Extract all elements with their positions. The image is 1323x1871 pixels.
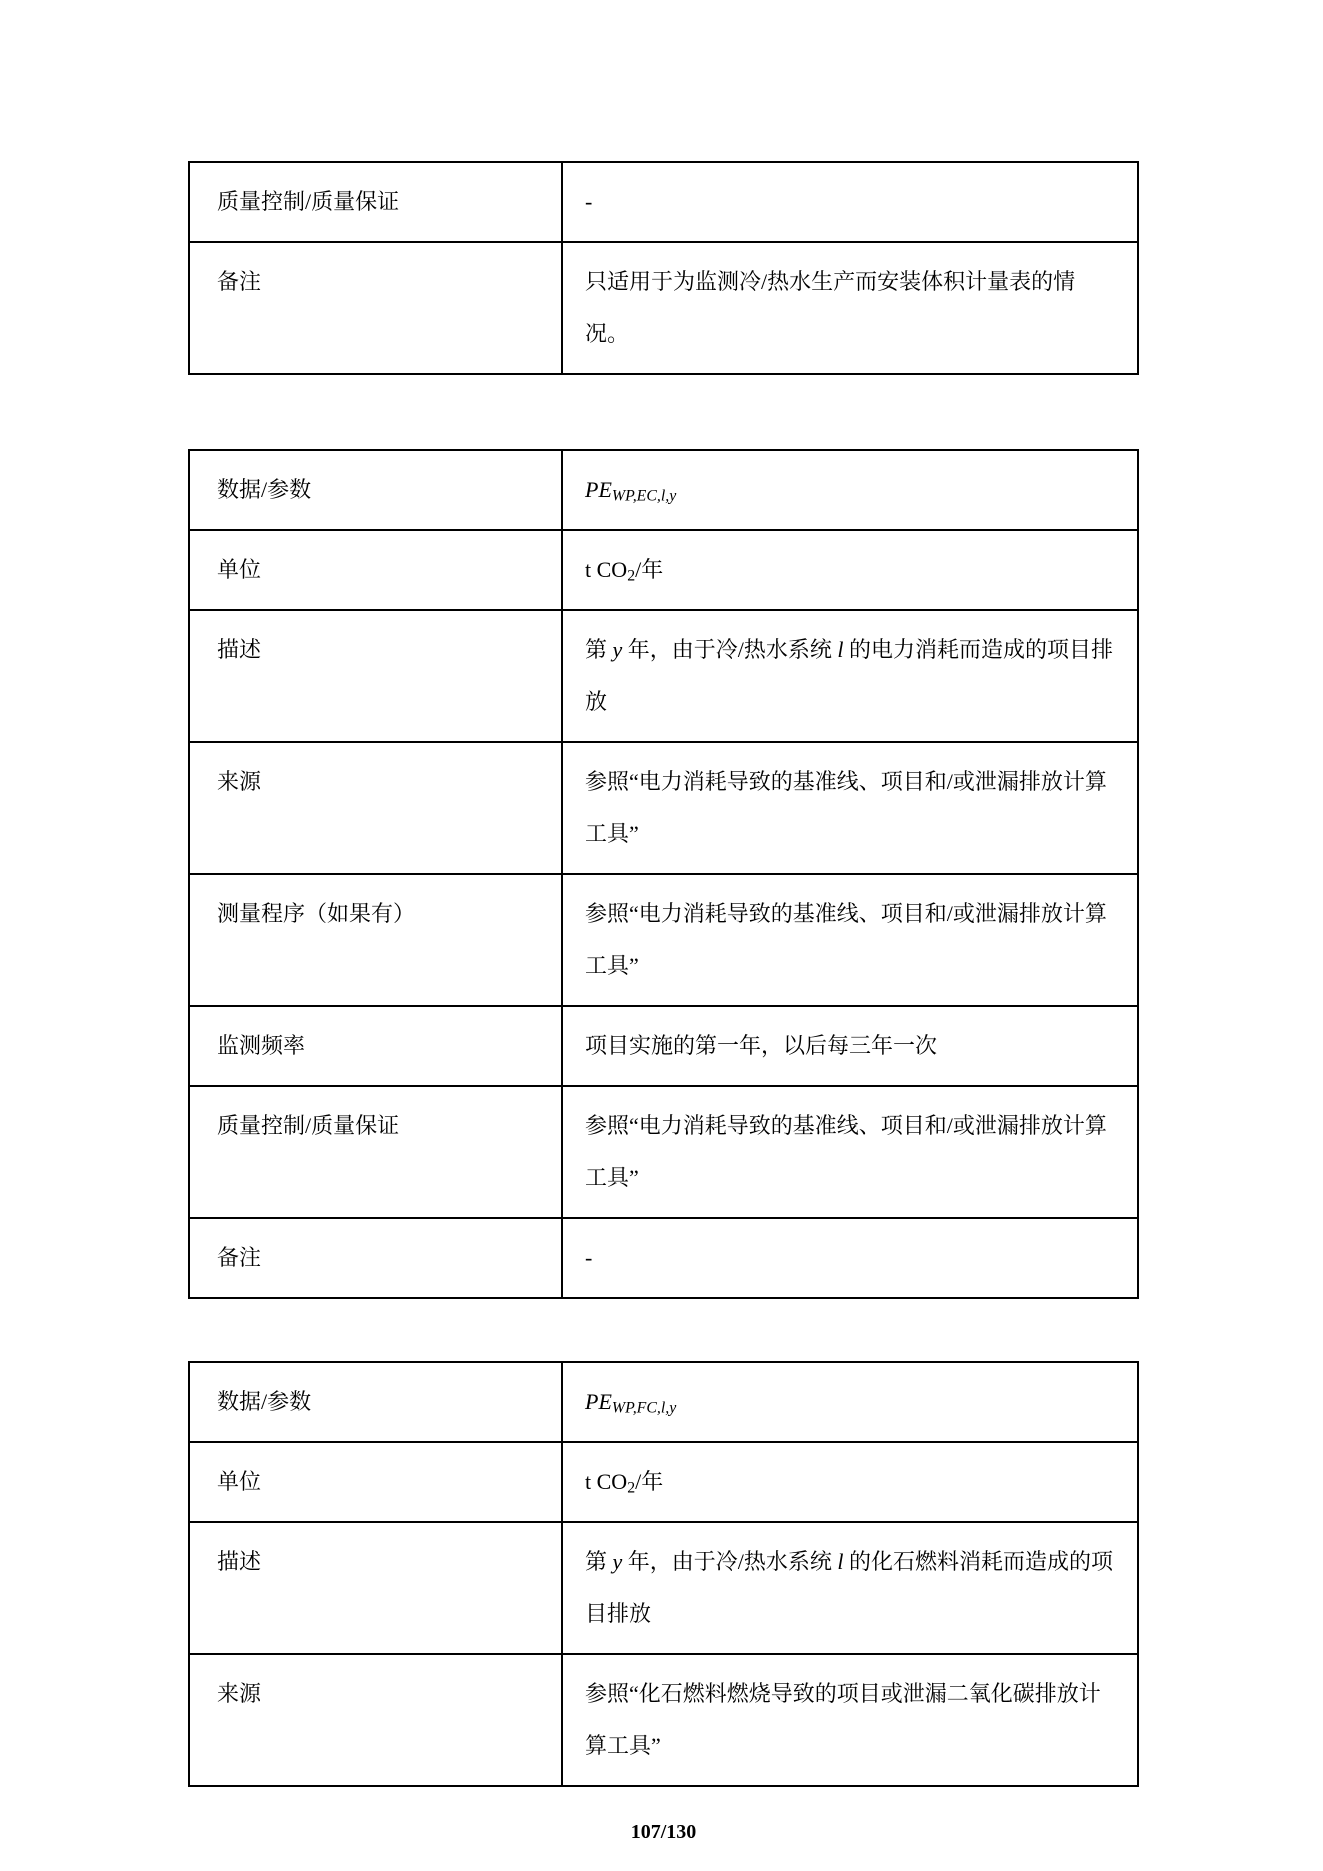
row-label: 测量程序（如果有） (189, 874, 562, 1006)
row-value: 参照“电力消耗导致的基准线、项目和/或泄漏排放计算工具” (562, 1086, 1138, 1218)
row-label: 数据/参数 (189, 1362, 562, 1442)
row-label: 数据/参数 (189, 450, 562, 530)
value-text: PE (585, 477, 612, 502)
row-label: 备注 (189, 1218, 562, 1298)
data-parameter-table: 质量控制/质量保证-备注只适用于为监测冷/热水生产而安装体积计量表的情况。 (188, 161, 1139, 375)
row-value: - (562, 162, 1138, 242)
row-label: 质量控制/质量保证 (189, 1086, 562, 1218)
table-row: 质量控制/质量保证参照“电力消耗导致的基准线、项目和/或泄漏排放计算工具” (189, 1086, 1138, 1218)
page-number: 107/130 (188, 1821, 1139, 1844)
value-text: 只适用于为监测冷/热水生产而安装体积计量表的情况。 (585, 269, 1075, 346)
value-text: 参照“电力消耗导致的基准线、项目和/或泄漏排放计算工具” (585, 769, 1107, 846)
value-text: 项目实施的第一年，以后每三年一次 (585, 1033, 937, 1058)
value-text: 参照“电力消耗导致的基准线、项目和/或泄漏排放计算工具” (585, 1113, 1107, 1190)
subscript-text: 2 (627, 567, 635, 584)
value-text: t CO (585, 557, 627, 582)
value-text: 年，由于冷/热水系统 (622, 637, 837, 662)
subscript-text: 2 (627, 1479, 635, 1496)
row-label: 质量控制/质量保证 (189, 162, 562, 242)
value-text: /年 (635, 1469, 663, 1494)
table-row: 来源参照“电力消耗导致的基准线、项目和/或泄漏排放计算工具” (189, 742, 1138, 874)
row-value: 第 y 年，由于冷/热水系统 l 的电力消耗而造成的项目排放 (562, 610, 1138, 742)
row-value: 第 y 年，由于冷/热水系统 l 的化石燃料消耗而造成的项目排放 (562, 1522, 1138, 1654)
row-value: t CO2/年 (562, 1442, 1138, 1522)
table-row: 单位t CO2/年 (189, 530, 1138, 610)
value-text: y (613, 1549, 623, 1574)
table-row: 备注- (189, 1218, 1138, 1298)
row-value: - (562, 1218, 1138, 1298)
row-label: 监测频率 (189, 1006, 562, 1086)
row-value: t CO2/年 (562, 530, 1138, 610)
value-text: - (585, 1245, 592, 1270)
table-row: 描述第 y 年，由于冷/热水系统 l 的化石燃料消耗而造成的项目排放 (189, 1522, 1138, 1654)
data-parameter-table: 数据/参数PEWP,EC,l,y单位t CO2/年描述第 y 年，由于冷/热水系… (188, 449, 1139, 1299)
table-row: 监测频率项目实施的第一年，以后每三年一次 (189, 1006, 1138, 1086)
table-row: 质量控制/质量保证- (189, 162, 1138, 242)
row-label: 备注 (189, 242, 562, 374)
value-text: 第 (585, 1549, 613, 1574)
row-value: 参照“电力消耗导致的基准线、项目和/或泄漏排放计算工具” (562, 874, 1138, 1006)
table-row: 备注只适用于为监测冷/热水生产而安装体积计量表的情况。 (189, 242, 1138, 374)
value-text: 参照“化石燃料燃烧导致的项目或泄漏二氧化碳排放计算工具” (585, 1681, 1101, 1758)
document-page: 质量控制/质量保证-备注只适用于为监测冷/热水生产而安装体积计量表的情况。数据/… (0, 0, 1323, 1871)
data-parameter-table: 数据/参数PEWP,FC,l,y单位t CO2/年描述第 y 年，由于冷/热水系… (188, 1361, 1139, 1787)
row-value: PEWP,FC,l,y (562, 1362, 1138, 1442)
row-label: 来源 (189, 1654, 562, 1786)
row-label: 单位 (189, 1442, 562, 1522)
row-label: 描述 (189, 610, 562, 742)
value-text: PE (585, 1389, 612, 1414)
row-label: 描述 (189, 1522, 562, 1654)
table-row: 来源参照“化石燃料燃烧导致的项目或泄漏二氧化碳排放计算工具” (189, 1654, 1138, 1786)
row-value: 项目实施的第一年，以后每三年一次 (562, 1006, 1138, 1086)
value-text: y (613, 637, 623, 662)
subscript-text: WP,FC,l,y (612, 1399, 676, 1416)
value-text: 参照“电力消耗导致的基准线、项目和/或泄漏排放计算工具” (585, 901, 1107, 978)
value-text: /年 (635, 557, 663, 582)
table-row: 数据/参数PEWP,EC,l,y (189, 450, 1138, 530)
value-text: - (585, 189, 592, 214)
row-value: 参照“化石燃料燃烧导致的项目或泄漏二氧化碳排放计算工具” (562, 1654, 1138, 1786)
row-value: 参照“电力消耗导致的基准线、项目和/或泄漏排放计算工具” (562, 742, 1138, 874)
table-row: 描述第 y 年，由于冷/热水系统 l 的电力消耗而造成的项目排放 (189, 610, 1138, 742)
tables-container: 质量控制/质量保证-备注只适用于为监测冷/热水生产而安装体积计量表的情况。数据/… (0, 161, 1323, 1787)
table-row: 数据/参数PEWP,FC,l,y (189, 1362, 1138, 1442)
value-text: 年，由于冷/热水系统 (622, 1549, 837, 1574)
subscript-text: WP,EC,l,y (612, 487, 676, 504)
table-row: 测量程序（如果有）参照“电力消耗导致的基准线、项目和/或泄漏排放计算工具” (189, 874, 1138, 1006)
row-label: 单位 (189, 530, 562, 610)
row-label: 来源 (189, 742, 562, 874)
row-value: 只适用于为监测冷/热水生产而安装体积计量表的情况。 (562, 242, 1138, 374)
table-row: 单位t CO2/年 (189, 1442, 1138, 1522)
value-text: 第 (585, 637, 613, 662)
row-value: PEWP,EC,l,y (562, 450, 1138, 530)
value-text: t CO (585, 1469, 627, 1494)
